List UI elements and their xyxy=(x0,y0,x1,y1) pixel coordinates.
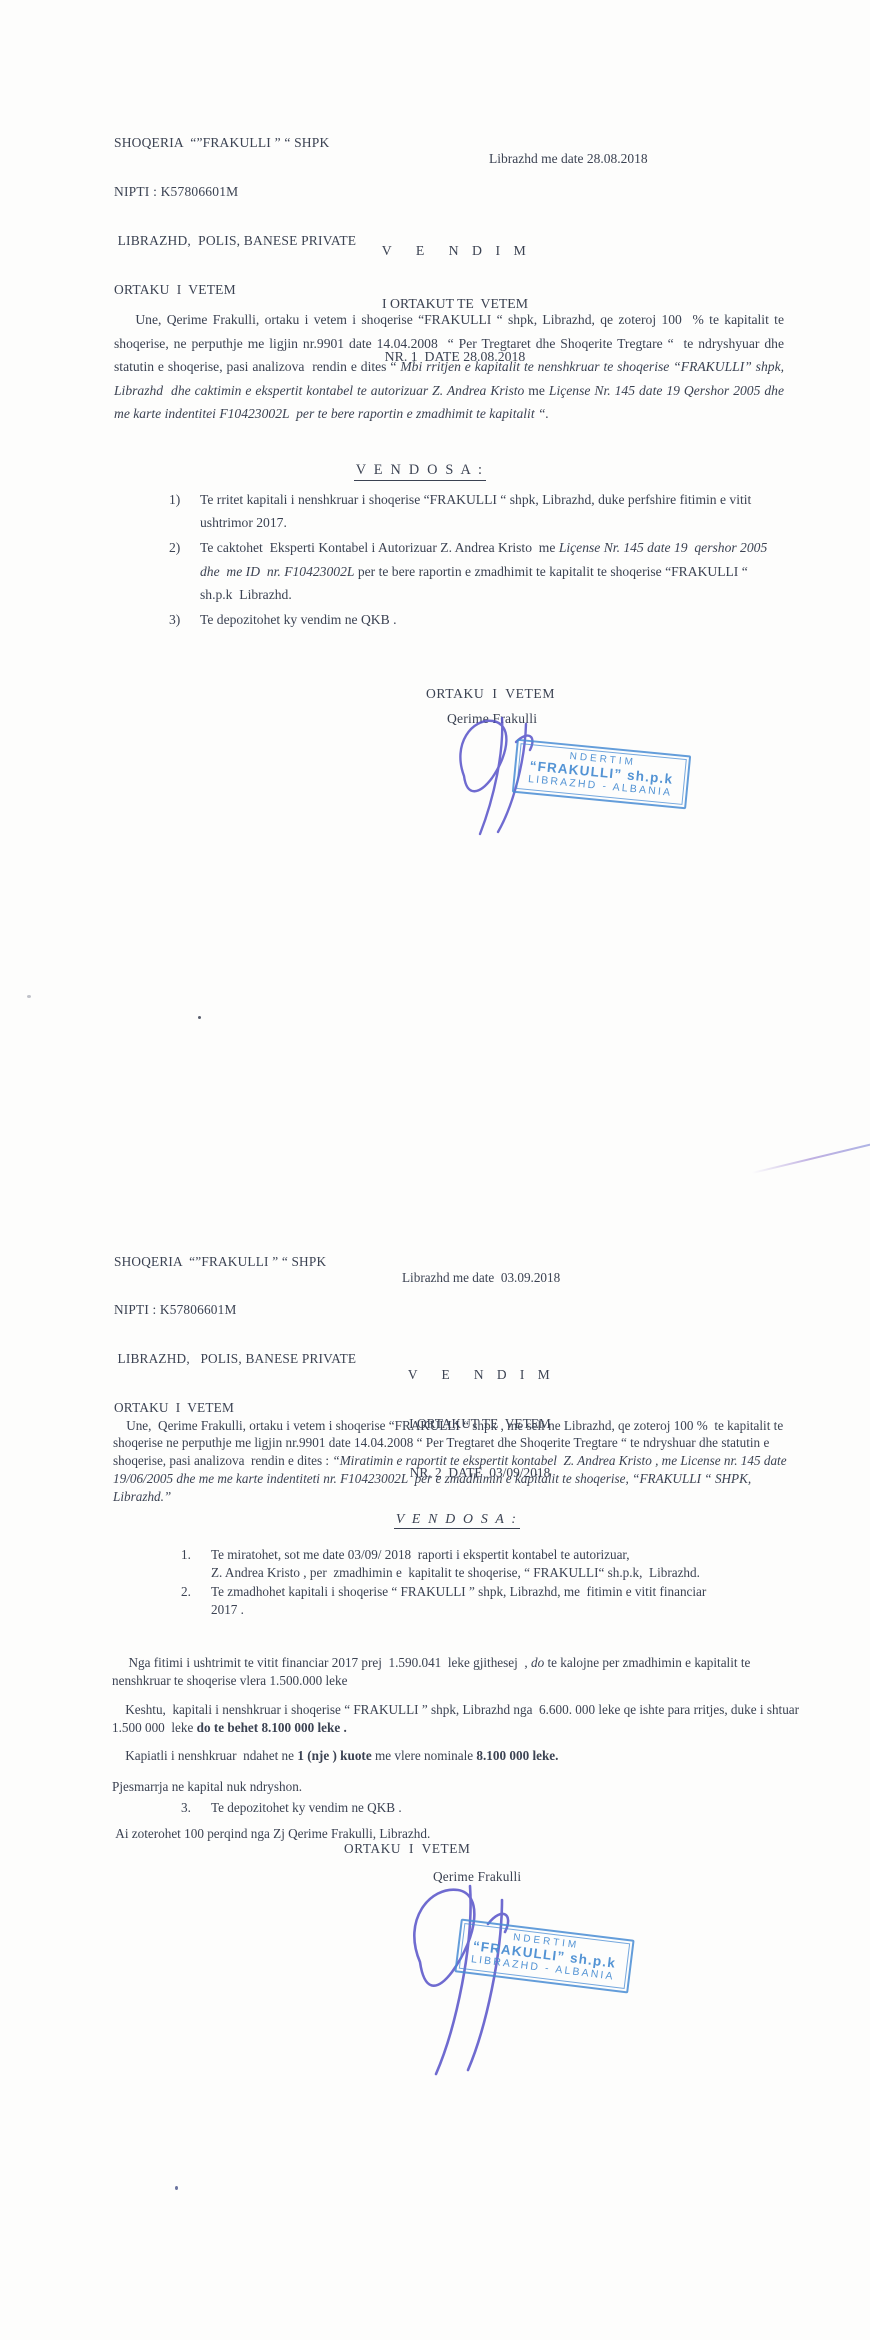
item-marker: 2) xyxy=(169,536,200,606)
item-text: Te depozitohet ky vendim ne QKB . xyxy=(200,608,781,631)
company-nipt: NIPTI : K57806601M xyxy=(114,184,356,200)
scan-dot xyxy=(198,1016,201,1019)
resolution-item: 2. Te zmadhohet kapitali i shoqerise “ F… xyxy=(181,1583,811,1620)
item-marker: 3. xyxy=(181,1799,211,1817)
item-marker: 3) xyxy=(169,608,200,631)
item-marker: 1) xyxy=(169,488,200,534)
item-text: Te caktohet Eksperti Kontabel i Autorizu… xyxy=(200,536,781,606)
resolution-item: 2) Te caktohet Eksperti Kontabel i Autor… xyxy=(169,536,781,606)
intro-paragraph-2: Une, Qerime Frakulli, ortaku i vetem i s… xyxy=(113,1399,795,1523)
dateline-2: Librazhd me date 03.09.2018 xyxy=(402,1270,560,1286)
resolution-list-1: 1) Te rritet kapitali i nenshkruar i sho… xyxy=(169,488,781,631)
scanned-document: SHOQERIA “”FRAKULLI ” “ SHPK NIPTI : K57… xyxy=(0,0,870,2340)
scan-streak xyxy=(752,1144,870,1174)
item-marker: 2. xyxy=(181,1583,211,1620)
resolution-item: 1. Te miratohet, sot me date 03/09/ 2018… xyxy=(181,1546,811,1583)
item-marker: 1. xyxy=(181,1546,211,1583)
vendosa-heading-wrap-1: V E N D O S A : xyxy=(85,461,755,481)
signoff-role-2: ORTAKU I VETEM xyxy=(344,1841,470,1857)
vendosa-heading: V E N D O S A : xyxy=(394,1511,520,1529)
resolution-item: 1) Te rritet kapitali i nenshkruar i sho… xyxy=(169,488,781,534)
vendosa-heading: V E N D O S A : xyxy=(354,462,486,481)
resolution-item: 3) Te depozitohet ky vendim ne QKB . xyxy=(169,608,781,631)
company-name: SHOQERIA “”FRAKULLI ” “ SHPK xyxy=(114,135,356,151)
intro-paragraph-1: Une, Qerime Frakulli, ortaku i vetem i s… xyxy=(114,285,784,449)
item-text: Te miratohet, sot me date 03/09/ 2018 ra… xyxy=(211,1546,811,1583)
company-name: SHOQERIA “”FRAKULLI ” “ SHPK xyxy=(114,1254,356,1270)
scan-dot xyxy=(175,2186,178,2190)
item-text: Te rritet kapitali i nenshkruar i shoqer… xyxy=(200,488,781,534)
scan-dot xyxy=(27,995,31,998)
decision-title: V E N D I M xyxy=(120,242,790,260)
vendosa-heading-wrap-2: V E N D O S A : xyxy=(122,1510,792,1529)
resolution-item: 3. Te depozitohet ky vendim ne QKB . xyxy=(181,1799,811,1817)
item-text: Te depozitohet ky vendim ne QKB . xyxy=(211,1799,811,1817)
dateline-1: Librazhd me date 28.08.2018 xyxy=(489,151,648,167)
signoff-role-1: ORTAKU I VETEM xyxy=(426,686,555,702)
decision-title: V E N D I M xyxy=(145,1367,815,1383)
company-nipt: NIPTI : K57806601M xyxy=(114,1302,356,1318)
item-text: Te zmadhohet kapitali i shoqerise “ FRAK… xyxy=(211,1583,811,1620)
resolution-list-2: 1. Te miratohet, sot me date 03/09/ 2018… xyxy=(181,1546,811,1620)
